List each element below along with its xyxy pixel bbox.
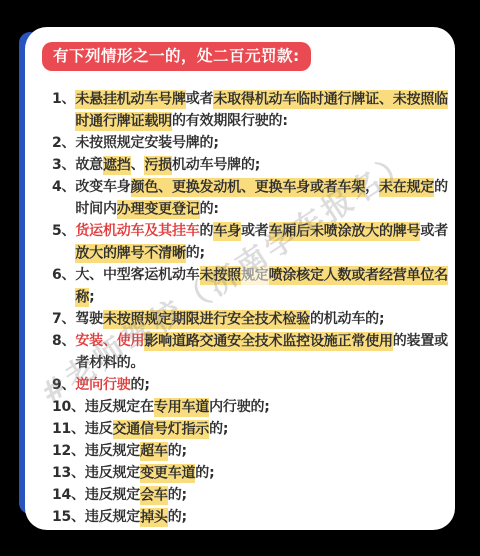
plain-text: 的; — [131, 377, 150, 393]
item-number: 1、 — [25, 88, 75, 110]
item-text: 违反规定在专用车道内行驶的; — [85, 396, 455, 418]
highlighted-text: 办理变更登记 — [117, 200, 200, 219]
highlighted-text: 的牌号 — [379, 222, 420, 241]
plain-text: 的; — [186, 245, 205, 261]
highlighted-text: 车身 — [213, 222, 241, 241]
highlighted-text: 喷涂核定人数或者经营单位名 — [269, 266, 448, 285]
item-text: 大、中型客运机动车未按照规定喷涂核定人数或者经营单位名称; — [75, 264, 455, 308]
plain-text: 或者 — [241, 223, 269, 239]
item-text: 故意遮挡、污损机动车号牌的; — [75, 154, 455, 176]
content-card: 有下列情形之一的，处二百元罚款: 1、未悬挂机动车号牌或者未取得机动车临时通行牌… — [25, 27, 455, 530]
plain-text: 或者 — [186, 91, 214, 107]
item-number: 3、 — [25, 154, 75, 176]
item-text: 未悬挂机动车号牌或者未取得机动车临时通行牌证、未按照临时通行牌证载明的有效期限行… — [75, 88, 455, 132]
plain-text: 的 — [434, 179, 448, 195]
plain-text: 、 — [131, 157, 145, 173]
highlighted-text: 专用车道 — [154, 398, 209, 417]
highlighted-text: 掉头 — [140, 508, 168, 527]
item-text: 未按照规定安装号牌的; — [75, 132, 455, 154]
highlighted-text: 未取得机动车临时通行牌证、未按照临 — [213, 90, 448, 109]
red-emphasis-text: 货运机动车及其挂车 — [75, 223, 199, 239]
list-item: 6、大、中型客运机动车未按照规定喷涂核定人数或者经营单位名称; — [25, 264, 455, 308]
item-number: 6、 — [25, 264, 75, 286]
plain-text: 故意 — [75, 157, 103, 173]
plain-text: ; — [89, 289, 94, 305]
highlighted-text: 未悬挂机动车号牌 — [75, 90, 185, 109]
item-number: 13、 — [25, 462, 85, 484]
plain-text: 大、中型客运机动车 — [75, 267, 199, 283]
highlighted-text: 颜色、更换发动机、更换车身或者车架 — [131, 178, 366, 197]
plain-text: 的; — [209, 421, 228, 437]
plain-text: 改变车身 — [75, 179, 130, 195]
plain-text: 违反规定 — [85, 465, 140, 481]
item-number: 2、 — [25, 132, 75, 154]
item-number: 14、 — [25, 484, 85, 506]
plain-text: 的; — [168, 443, 187, 459]
highlighted-text: 遮挡 — [103, 156, 131, 175]
item-text: 逆向行驶的; — [75, 374, 455, 396]
item-text: 违反规定变更车道的; — [85, 462, 455, 484]
plain-text: 的; — [168, 487, 187, 503]
plain-text: ， — [365, 179, 379, 195]
item-number: 15、 — [25, 506, 85, 528]
item-text: 改变车身颜色、更换发动机、更换车身或者车架，未在规定的时间内办理变更登记的: — [75, 176, 455, 220]
item-text: 违反规定超车的; — [85, 440, 455, 462]
highlighted-text: 未按照规定期限进行安全技术检验 — [103, 310, 310, 329]
plain-text: 的; — [168, 509, 187, 525]
highlighted-text: 放大的牌号不清晰 — [75, 244, 185, 263]
plain-text: 的有效期限行驶的: — [172, 113, 288, 129]
item-number: 12、 — [25, 440, 85, 462]
list-item: 7、驾驶未按照规定期限进行安全技术检验的机动车的; — [25, 308, 455, 330]
highlighted-text: 交通信号灯指示 — [113, 420, 210, 439]
plain-text: 时间内 — [75, 201, 116, 217]
highlighted-text: 未按照 — [200, 266, 241, 285]
plain-text: 的 — [200, 223, 214, 239]
item-number: 5、 — [25, 220, 75, 242]
item-number: 10、 — [25, 396, 85, 418]
violations-list: 1、未悬挂机动车号牌或者未取得机动车临时通行牌证、未按照临时通行牌证载明的有效期… — [25, 88, 455, 528]
item-number: 9、 — [25, 374, 75, 396]
red-emphasis-text: 逆向行驶 — [75, 377, 130, 393]
list-item: 10、违反规定在专用车道内行驶的; — [25, 396, 455, 418]
list-item: 9、逆向行驶的; — [25, 374, 455, 396]
plain-text: 违反规定 — [85, 509, 140, 525]
plain-text: 的装置或 — [393, 333, 448, 349]
list-item: 12、违反规定超车的; — [25, 440, 455, 462]
plain-text: 者材料的。 — [75, 355, 144, 371]
highlighted-text: 会车 — [140, 486, 168, 505]
infographic-page: { "colors": { "background": "#000000", "… — [0, 0, 480, 556]
item-text: 违反规定会车的; — [85, 484, 455, 506]
list-item: 4、改变车身颜色、更换发动机、更换车身或者车架，未在规定的时间内办理变更登记的: — [25, 176, 455, 220]
list-item: 5、货运机动车及其挂车的车身或者车厢后未喷涂放大的牌号或者放大的牌号不清晰的; — [25, 220, 455, 264]
item-text: 违反交通信号灯指示的; — [85, 418, 455, 440]
highlighted-text: 变更车道 — [140, 464, 195, 483]
list-item: 15、违反规定掉头的; — [25, 506, 455, 528]
list-item: 11、违反交通信号灯指示的; — [25, 418, 455, 440]
plain-text: 内行驶的; — [209, 399, 270, 415]
plain-text: 未按照规定安装号牌的; — [75, 135, 218, 151]
plain-text: 或者 — [420, 223, 448, 239]
item-text: 违反规定掉头的; — [85, 506, 455, 528]
plain-text: 的; — [195, 465, 214, 481]
highlighted-text: 称 — [75, 288, 89, 307]
plain-text: 违反规定在 — [85, 399, 154, 415]
list-item: 14、违反规定会车的; — [25, 484, 455, 506]
item-number: 11、 — [25, 418, 85, 440]
item-text: 驾驶未按照规定期限进行安全技术检验的机动车的; — [75, 308, 455, 330]
highlighted-text: 影响道路交通安全技术监控设施正常使用 — [144, 332, 392, 351]
title-badge: 有下列情形之一的，处二百元罚款: — [42, 42, 311, 71]
plain-text: 违反规定 — [85, 443, 140, 459]
list-item: 13、违反规定变更车道的; — [25, 462, 455, 484]
list-item: 3、故意遮挡、污损机动车号牌的; — [25, 154, 455, 176]
item-number: 4、 — [25, 176, 75, 198]
plain-text: 的机动车的; — [310, 311, 384, 327]
highlighted-text: 超车 — [140, 442, 168, 461]
plain-text: 规定 — [241, 266, 269, 285]
plain-text: 违反规定 — [85, 487, 140, 503]
highlighted-text: 时通行牌证载明 — [75, 112, 172, 131]
highlighted-text: 污损 — [144, 156, 172, 175]
item-text: 安装、使用影响道路交通安全技术监控设施正常使用的装置或者材料的。 — [75, 330, 455, 374]
list-item: 8、安装、使用影响道路交通安全技术监控设施正常使用的装置或者材料的。 — [25, 330, 455, 374]
plain-text: 驾驶 — [75, 311, 103, 327]
item-number: 8、 — [25, 330, 75, 352]
highlighted-text: 未在规定 — [379, 178, 434, 197]
red-emphasis-text: 安装、使用 — [75, 333, 144, 349]
item-number: 7、 — [25, 308, 75, 330]
highlighted-text: 车厢后未喷涂放大 — [269, 222, 379, 241]
item-text: 货运机动车及其挂车的车身或者车厢后未喷涂放大的牌号或者放大的牌号不清晰的; — [75, 220, 455, 264]
list-item: 1、未悬挂机动车号牌或者未取得机动车临时通行牌证、未按照临时通行牌证载明的有效期… — [25, 88, 455, 132]
plain-text: 的: — [200, 201, 219, 217]
list-item: 2、未按照规定安装号牌的; — [25, 132, 455, 154]
plain-text: 违反 — [85, 421, 113, 437]
plain-text: 机动车号牌的; — [172, 157, 260, 173]
